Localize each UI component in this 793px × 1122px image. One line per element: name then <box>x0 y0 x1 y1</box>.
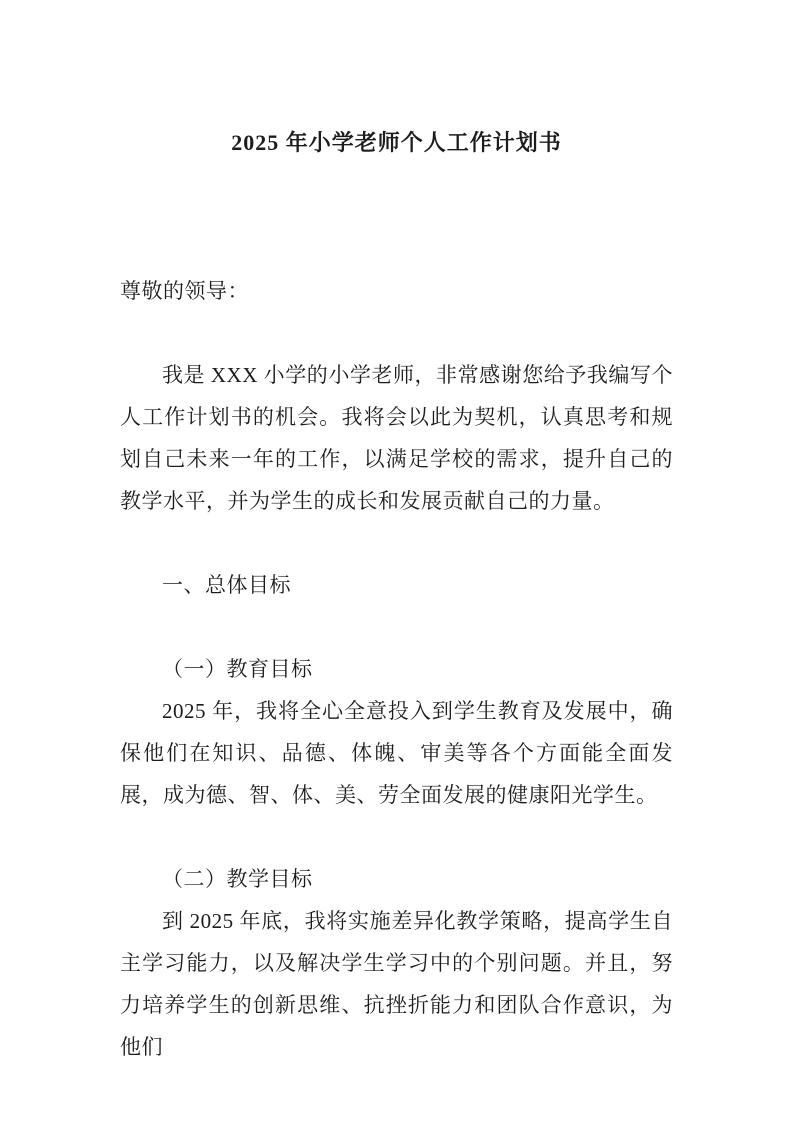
section-heading-overall-goals: 一、总体目标 <box>120 564 673 606</box>
document-title: 2025 年小学老师个人工作计划书 <box>120 122 673 164</box>
education-goal-paragraph: 2025 年，我将全心全意投入到学生教育及发展中，确保他们在知识、品德、体魄、审… <box>120 690 673 816</box>
subheading-education-goal: （一）教育目标 <box>120 648 673 690</box>
subheading-teaching-goal: （二）教学目标 <box>120 858 673 900</box>
teaching-goal-paragraph: 到 2025 年底，我将实施差异化教学策略，提高学生自主学习能力，以及解决学生学… <box>120 900 673 1068</box>
salutation: 尊敬的领导： <box>120 270 673 312</box>
document-page: 2025 年小学老师个人工作计划书 尊敬的领导： 我是 XXX 小学的小学老师，… <box>0 0 793 1122</box>
intro-paragraph: 我是 XXX 小学的小学老师，非常感谢您给予我编写个人工作计划书的机会。我将会以… <box>120 354 673 522</box>
